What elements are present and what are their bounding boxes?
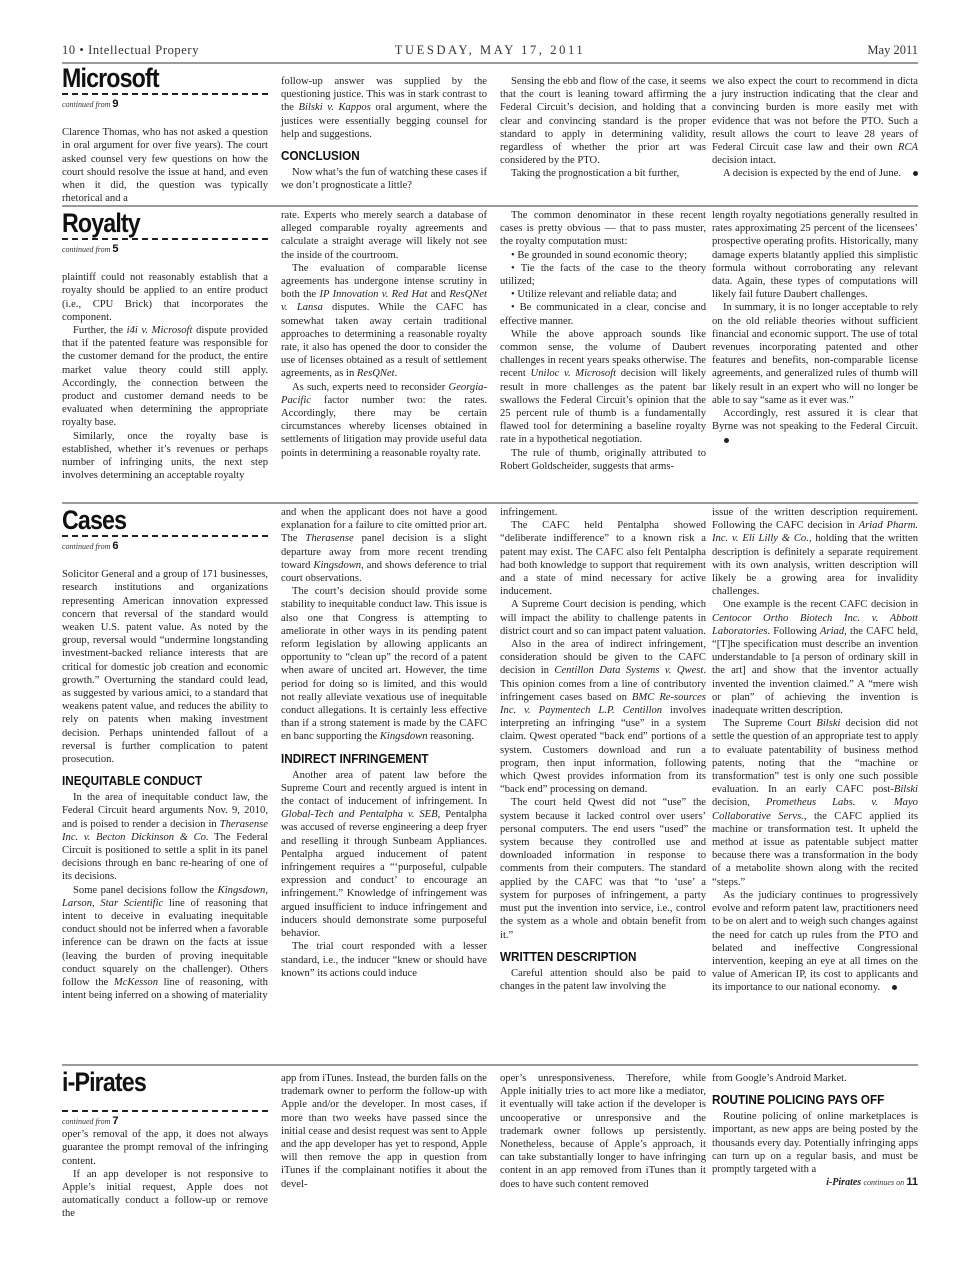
column-1: i-Pirates continued from7 oper’s removal… bbox=[62, 1068, 268, 1221]
body-paragraph: While the above approach sounds like com… bbox=[500, 328, 706, 447]
column-1: Royalty continued from5 plaintiff could … bbox=[62, 209, 268, 482]
body-paragraph: Now what’s the fun of watching these cas… bbox=[281, 166, 487, 192]
body-paragraph: Sensing the ebb and flow of the case, it… bbox=[500, 75, 706, 167]
bullet-item: • Tie the facts of the case to the theor… bbox=[500, 262, 706, 288]
body-paragraph: from Google’s Android Market. bbox=[712, 1072, 918, 1085]
subhead-indirect-infringement: INDIRECT INFRINGEMENT bbox=[281, 751, 466, 767]
bullet-item: • Be communicated in a clear, concise an… bbox=[500, 301, 706, 327]
column-3: The common denominator in these recent c… bbox=[500, 209, 706, 473]
body-paragraph: we also expect the court to recommend in… bbox=[712, 75, 918, 167]
body-paragraph: follow-up answer was supplied by the que… bbox=[281, 75, 487, 141]
story-kicker: Royalty bbox=[62, 209, 239, 237]
column-4: we also expect the court to recommend in… bbox=[712, 75, 918, 181]
story-kicker: Microsoft bbox=[62, 64, 239, 92]
continued-page-number: 9 bbox=[112, 98, 118, 110]
continued-from: continued from7 bbox=[62, 1115, 268, 1128]
kicker-dashed-rule bbox=[62, 1110, 268, 1112]
subhead-conclusion: CONCLUSION bbox=[281, 148, 466, 164]
body-paragraph: The court’s decision should provide some… bbox=[281, 585, 487, 743]
column-2: rate. Experts who merely search a databa… bbox=[281, 209, 487, 460]
jump-page-number: 11 bbox=[906, 1176, 918, 1188]
column-3: Sensing the ebb and flow of the case, it… bbox=[500, 75, 706, 181]
body-paragraph: and when the applicant does not have a g… bbox=[281, 506, 487, 585]
column-2: app from iTunes. Instead, the burden fal… bbox=[281, 1072, 487, 1191]
story-divider-rule bbox=[62, 502, 918, 504]
body-paragraph: The common denominator in these recent c… bbox=[500, 209, 706, 249]
story-divider-rule bbox=[62, 205, 918, 207]
body-paragraph: As such, experts need to reconsider Geor… bbox=[281, 381, 487, 460]
body-paragraph: Careful attention should also be paid to… bbox=[500, 967, 706, 993]
body-paragraph: As the judiciary continues to progressiv… bbox=[712, 889, 918, 995]
body-paragraph: issue of the written description require… bbox=[712, 506, 918, 598]
column-3: infringement. The CAFC held Pentalpha sh… bbox=[500, 506, 706, 993]
body-paragraph: length royalty negotiations generally re… bbox=[712, 209, 918, 301]
column-4: from Google’s Android Market. ROUTINE PO… bbox=[712, 1072, 918, 1189]
continued-page-number: 5 bbox=[112, 243, 118, 255]
body-paragraph: The Supreme Court Bilski decision did no… bbox=[712, 717, 918, 889]
body-paragraph: Similarly, once the royalty base is esta… bbox=[62, 430, 268, 483]
continued-from: continued from5 bbox=[62, 243, 268, 256]
column-4: length royalty negotiations generally re… bbox=[712, 209, 918, 447]
body-paragraph: In summary, it is no longer acceptable t… bbox=[712, 301, 918, 407]
body-paragraph: Accordingly, rest assured it is clear th… bbox=[712, 407, 918, 447]
column-2: follow-up answer was supplied by the que… bbox=[281, 75, 487, 192]
body-paragraph: rate. Experts who merely search a databa… bbox=[281, 209, 487, 262]
body-paragraph: oper’s unresponsiveness. Therefore, whil… bbox=[500, 1072, 706, 1191]
body-paragraph: Solicitor General and a group of 171 bus… bbox=[62, 568, 268, 766]
body-paragraph: Some panel decisions follow the Kingsdow… bbox=[62, 884, 268, 1003]
continued-from: continued from6 bbox=[62, 540, 268, 553]
body-paragraph: A decision is expected by the end of Jun… bbox=[712, 167, 918, 180]
kicker-dashed-rule bbox=[62, 93, 268, 95]
jump-label: continues on bbox=[863, 1178, 904, 1187]
continued-page-number: 7 bbox=[112, 1115, 118, 1127]
body-paragraph: In the area of inequitable conduct law, … bbox=[62, 791, 268, 883]
body-paragraph: Taking the prognostication a bit further… bbox=[500, 167, 706, 180]
column-1: Microsoft continued from9 Clarence Thoma… bbox=[62, 64, 268, 205]
body-paragraph: The trial court responded with a lesser … bbox=[281, 940, 487, 980]
column-1: Cases continued from6 Solicitor General … bbox=[62, 506, 268, 1003]
end-of-story-bullet-icon bbox=[724, 438, 729, 443]
bullet-item: • Utilize relevant and reliable data; an… bbox=[500, 288, 706, 301]
jump-line[interactable]: i-Pirates continues on 11 bbox=[712, 1176, 918, 1189]
body-paragraph: oper’s removal of the app, it does not a… bbox=[62, 1128, 268, 1168]
body-paragraph: Clarence Thomas, who has not asked a que… bbox=[62, 126, 268, 205]
folio-date: TUESDAY, MAY 17, 2011 bbox=[62, 43, 918, 58]
end-of-story-bullet-icon bbox=[892, 985, 897, 990]
jump-story-name: i-Pirates bbox=[826, 1177, 861, 1188]
story-divider-rule bbox=[62, 1064, 918, 1066]
body-paragraph: infringement. bbox=[500, 506, 706, 519]
bullet-item: • Be grounded in sound economic theory; bbox=[500, 249, 706, 262]
continued-page-number: 6 bbox=[112, 540, 118, 552]
body-paragraph: app from iTunes. Instead, the burden fal… bbox=[281, 1072, 487, 1191]
kicker-dashed-rule bbox=[62, 238, 268, 240]
body-paragraph: The rule of thumb, originally attributed… bbox=[500, 447, 706, 473]
subhead-routine-policing: ROUTINE POLICING PAYS OFF bbox=[712, 1092, 897, 1108]
story-kicker: Cases bbox=[62, 506, 239, 534]
column-3: oper’s unresponsiveness. Therefore, whil… bbox=[500, 1072, 706, 1191]
end-of-story-bullet-icon bbox=[913, 171, 918, 176]
body-paragraph: Another area of patent law before the Su… bbox=[281, 769, 487, 941]
subhead-inequitable-conduct: INEQUITABLE CONDUCT bbox=[62, 773, 247, 789]
body-paragraph: If an app developer is not responsive to… bbox=[62, 1168, 268, 1221]
continued-from: continued from9 bbox=[62, 98, 268, 111]
body-paragraph: One example is the recent CAFC decision … bbox=[712, 598, 918, 717]
body-paragraph: plaintiff could not reasonably establish… bbox=[62, 271, 268, 324]
body-paragraph: A Supreme Court decision is pending, whi… bbox=[500, 598, 706, 638]
body-paragraph: The evaluation of comparable license agr… bbox=[281, 262, 487, 381]
body-paragraph: Further, the i4i v. Microsoft dispute pr… bbox=[62, 324, 268, 430]
body-paragraph: Also in the area of indirect infringemen… bbox=[500, 638, 706, 796]
body-paragraph: The CAFC held Pentalpha showed “delibera… bbox=[500, 519, 706, 598]
kicker-dashed-rule bbox=[62, 535, 268, 537]
page-folio: 10 • Intellectual Propery TUESDAY, MAY 1… bbox=[62, 43, 918, 63]
folio-issue: May 2011 bbox=[867, 43, 918, 58]
subhead-written-description: WRITTEN DESCRIPTION bbox=[500, 949, 685, 965]
column-4: issue of the written description require… bbox=[712, 506, 918, 995]
body-paragraph: Routine policing of online marketplaces … bbox=[712, 1110, 918, 1176]
column-2: and when the applicant does not have a g… bbox=[281, 506, 487, 980]
story-kicker: i-Pirates bbox=[62, 1068, 239, 1096]
body-paragraph: The court held Qwest did not “use” the s… bbox=[500, 796, 706, 941]
